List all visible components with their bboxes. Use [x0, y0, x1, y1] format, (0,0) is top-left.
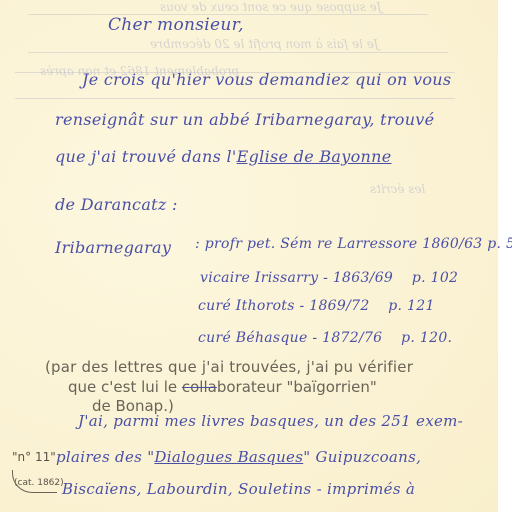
- margin-note-number: "n° 11": [12, 450, 56, 464]
- bleed-text: Je le fais à mon profit le 20 décembre: [150, 37, 379, 51]
- career-role: : profr pet. Sém re Larressore: [195, 236, 417, 252]
- margin-bracket: [12, 470, 57, 493]
- book-title: Dialogues Basques: [154, 448, 303, 466]
- career-entry: : profr pet. Sém re Larressore 1860/63 p…: [195, 236, 512, 252]
- paragraph-2-line-2: plaires des "Dialogues Basques" Guipuzco…: [56, 448, 421, 466]
- line-2-end: " Guipuzcoans,: [303, 448, 421, 466]
- paragraph-1-line-3: que j'ai trouvé dans l'Eglise de Bayonne: [55, 147, 392, 166]
- pencil-note-line-2: que c'est lui le collaborateur "baïgorri…: [68, 378, 377, 396]
- pencil-line-2-start: que c'est lui le: [68, 378, 182, 396]
- career-entry: curé Béhasque - 1872/76 p. 120.: [198, 330, 452, 346]
- letter-page: Je suppose que ce sont ceux de vous Je l…: [0, 0, 498, 512]
- career-years: - 1869/72: [299, 298, 369, 314]
- career-years: 1860/63: [422, 236, 482, 252]
- line-2-start: plaires des ": [56, 448, 154, 466]
- career-role: vicaire Irissarry: [200, 270, 318, 286]
- struck-text: colla: [182, 378, 217, 396]
- paragraph-2-line-1: J'ai, parmi mes livres basques, un des 2…: [78, 412, 463, 430]
- career-entry: vicaire Irissarry - 1863/69 p. 102: [200, 270, 458, 286]
- career-role: curé Béhasque: [198, 330, 308, 346]
- career-page: p. 51: [487, 236, 512, 252]
- salutation: Cher monsieur,: [108, 15, 244, 35]
- paragraph-1-line-1: Je crois qu'hier vous demandiez qui on v…: [82, 70, 451, 89]
- paragraph-1-line-4: de Darancatz :: [55, 195, 178, 214]
- paragraph-2-line-3: Biscaïens, Labourdin, Souletins - imprim…: [62, 480, 415, 498]
- bleed-text: les écrits: [370, 182, 425, 196]
- career-role: curé Ithorots: [198, 298, 295, 314]
- career-years: - 1872/76: [312, 330, 382, 346]
- bleed-line: [15, 98, 455, 99]
- bleed-line: [28, 52, 448, 53]
- career-years: - 1863/69: [323, 270, 393, 286]
- career-page: p. 120.: [401, 330, 452, 346]
- career-page: p. 102: [412, 270, 458, 286]
- career-entry: curé Ithorots - 1869/72 p. 121: [198, 298, 435, 314]
- paragraph-1-line-2: renseignât sur un abbé Iribarnegaray, tr…: [55, 110, 434, 129]
- church-title: Eglise de Bayonne: [237, 147, 392, 166]
- career-name: Iribarnegaray: [55, 238, 171, 257]
- line-3-start: que j'ai trouvé dans l': [55, 147, 237, 166]
- pencil-line-2-end: borateur "baïgorrien": [217, 378, 377, 396]
- career-page: p. 121: [388, 298, 434, 314]
- pencil-note-line-1: (par des lettres que j'ai trouvées, j'ai…: [45, 358, 413, 376]
- bleed-text: Je suppose que ce sont ceux de vous: [160, 0, 382, 14]
